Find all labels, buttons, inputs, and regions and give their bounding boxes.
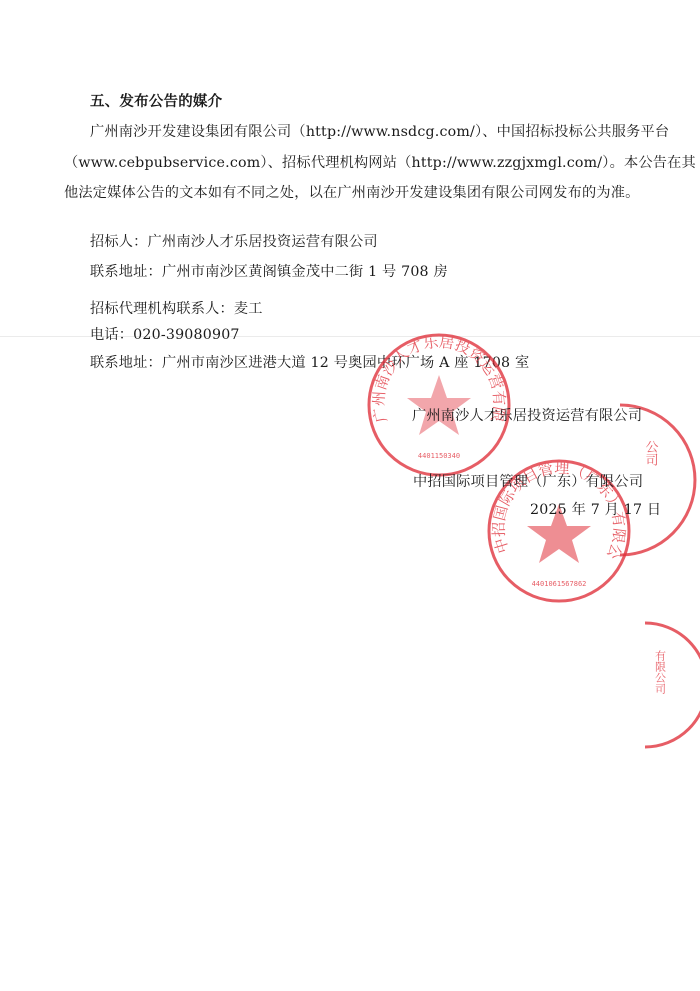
media-paragraph-line-3: 他法定媒体公告的文本如有不同之处，以在广州南沙开发建设集团有限公司网发布的为准。: [64, 183, 640, 203]
svg-text:4401150340: 4401150340: [418, 452, 460, 460]
section-heading: 五、发布公告的媒介: [90, 92, 222, 112]
partial-seal-right-lower-icon: 有限公司: [640, 620, 700, 750]
agency-contact: 招标代理机构联系人：麦工: [90, 299, 263, 319]
media-paragraph-line-2: （www.cebpubservice.com）、招标代理机构网站（http://…: [64, 153, 696, 173]
signature-date: 2025 年 7 月 17 日: [530, 500, 661, 520]
media-paragraph-line-1: 广州南沙开发建设集团有限公司（http://www.nsdcg.com/）、中国…: [90, 122, 669, 142]
tenderer-address: 联系地址：广州市南沙区黄阁镇金茂中二街 1 号 708 房: [90, 262, 448, 282]
svg-text:有限公司: 有限公司: [654, 650, 667, 694]
svg-text:公司: 公司: [643, 440, 659, 466]
agency-address: 联系地址：广州市南沙区进港大道 12 号奥园中环广场 A 座 1708 室: [90, 353, 529, 373]
agency-phone: 电话：020-39080907: [90, 325, 240, 345]
tenderer-name: 招标人：广州南沙人才乐居投资运营有限公司: [90, 232, 378, 252]
svg-text:4401061567862: 4401061567862: [532, 580, 587, 588]
signature-agency-company: 中招国际项目管理（广东）有限公司: [413, 472, 643, 492]
signature-tenderer-company: 广州南沙人才乐居投资运营有限公司: [412, 406, 642, 426]
